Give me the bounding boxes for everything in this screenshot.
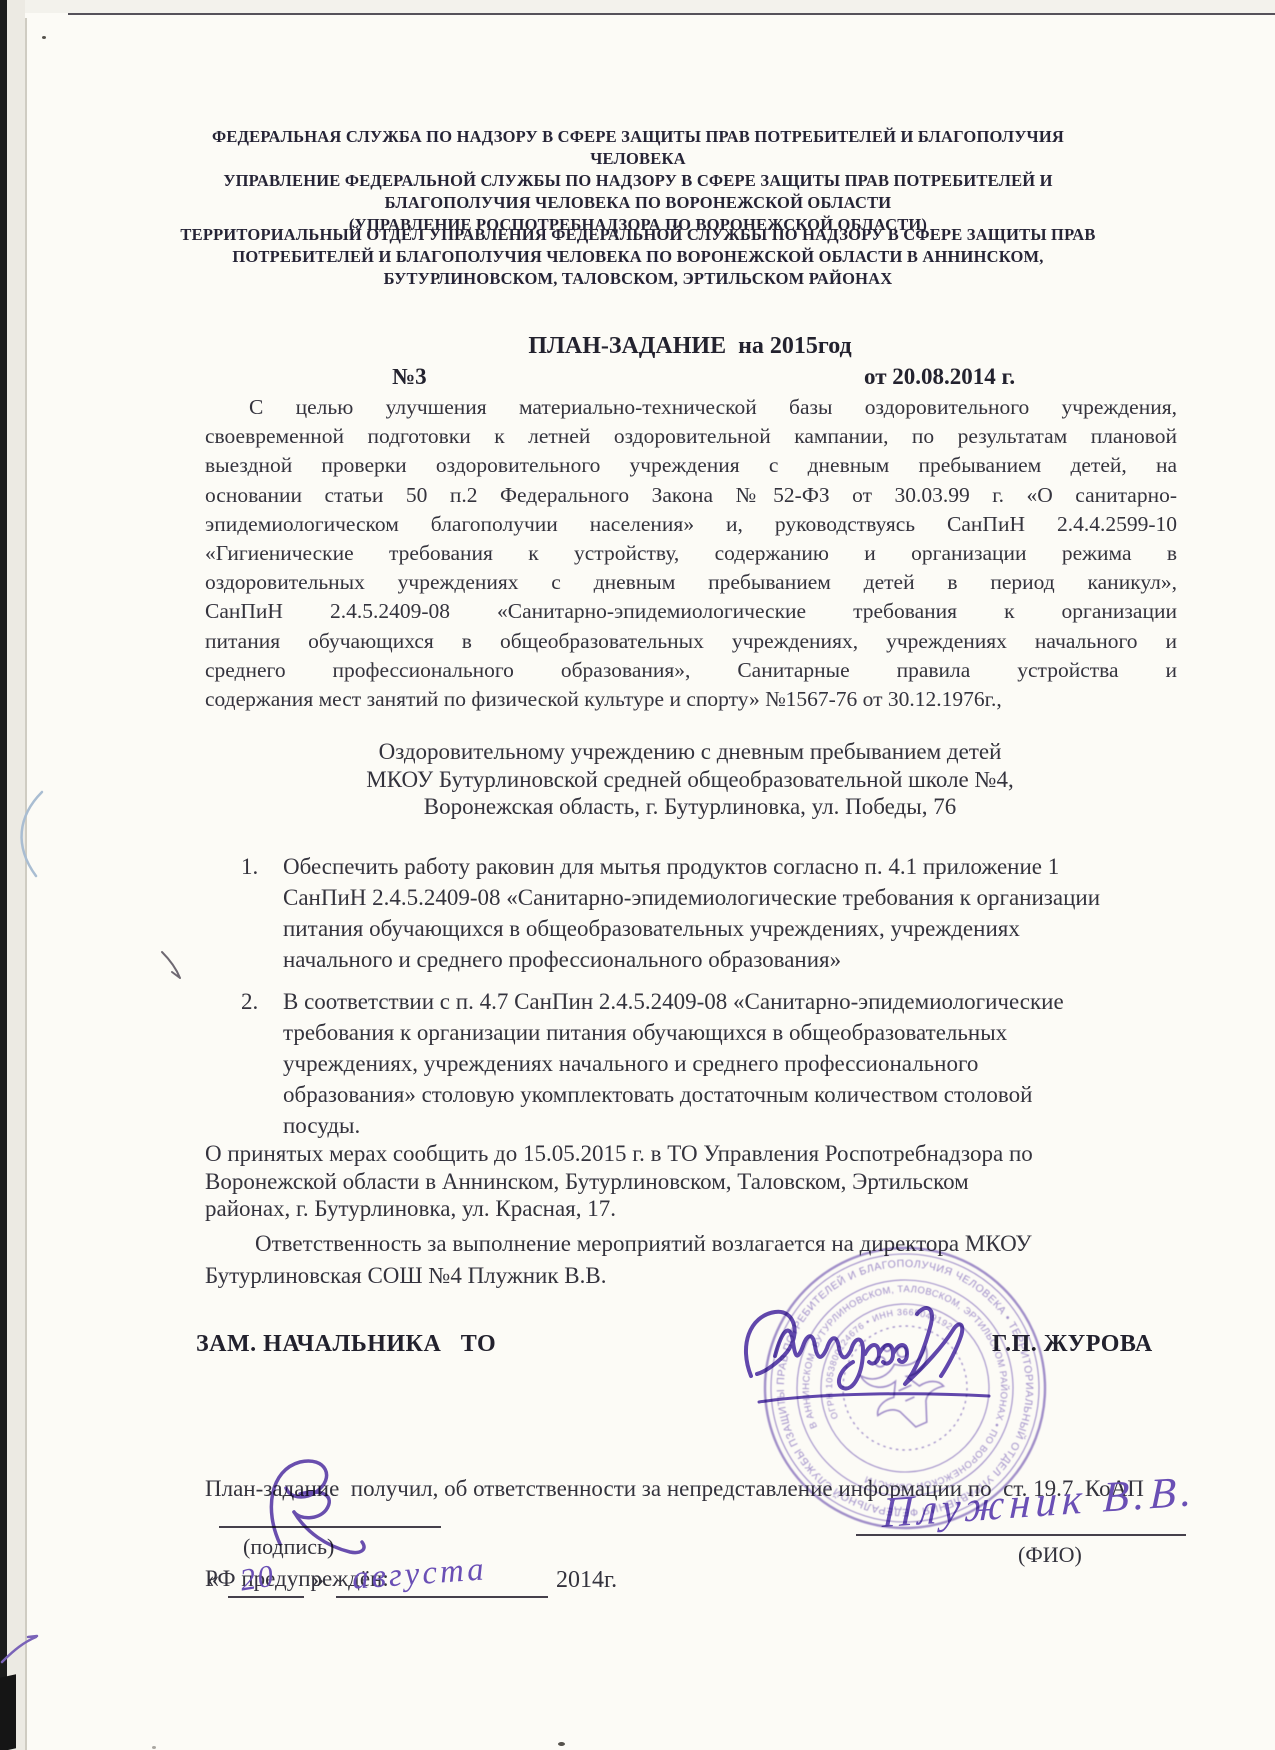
close-quote: » (312, 1567, 324, 1594)
open-quote: « (207, 1567, 219, 1594)
item-text: Обеспечить работу раковин для мытья прод… (283, 851, 1191, 975)
scan-speck (152, 1746, 156, 1749)
scan-band-left (7, 0, 25, 1750)
document-page: ФЕДЕРАЛЬНАЯ СЛУЖБА ПО НАДЗОРУ В СФЕРЕ ЗА… (0, 0, 1275, 1750)
scanned-document: { "ink": { "text": "#34333d", "bold": "#… (0, 0, 1275, 1750)
report-paragraph: О принятых мерах сообщить до 15.05.2015 … (205, 1140, 1195, 1223)
item-number: 2. (241, 986, 258, 1017)
document-title: ПЛАН-ЗАДАНИЕ на 2015год (105, 333, 1275, 360)
paragraph-line: РФ предупреждён: (205, 1564, 1144, 1594)
scan-band-top (25, 0, 1275, 13)
paragraph-line: С целью улучшения материально-техническо… (205, 393, 1177, 422)
territorial-header: ТЕРРИТОРИАЛЬНЫЙ ОТДЕЛ УПРАВЛЕНИЯ ФЕДЕРАЛ… (168, 224, 1108, 290)
year-text: 2014г. (556, 1567, 617, 1594)
pen-paren-mark (8, 788, 52, 880)
addressee-block: Оздоровительному учреждению с дневным пр… (180, 738, 1200, 821)
list-item-2: 2. В соответствии с п. 4.7 СанПин 2.4.5.… (241, 986, 1191, 1141)
header-line: ТЕРРИТОРИАЛЬНЫЙ ОТДЕЛ УПРАВЛЕНИЯ ФЕДЕРАЛ… (168, 224, 1108, 246)
intro-paragraph: С целью улучшения материально-техническо… (205, 393, 1177, 714)
signatory-position: ЗАМ. НАЧАЛЬНИКА ТО (196, 1331, 496, 1358)
item-line: образования» столовую укомплектовать дос… (283, 1079, 1191, 1110)
pen-seven-mark (0, 1630, 40, 1670)
item-line: начального и среднего профессионального … (283, 944, 1191, 975)
paragraph-line: СанПиН 2.4.5.2409-08 «Санитарно-эпидемио… (205, 597, 1177, 626)
paragraph-line: среднего профессионального образования»,… (205, 656, 1177, 685)
scan-line-top (68, 13, 1275, 15)
item-line: учреждениях, учреждениях начального и ср… (283, 1048, 1191, 1079)
paragraph-line: оздоровительных учреждениях с дневным пр… (205, 568, 1177, 597)
item-line: посуды. (283, 1110, 1191, 1141)
header-line: БЛАГОПОЛУЧИЯ ЧЕЛОВЕКА ПО ВОРОНЕЖСКОЙ ОБЛ… (168, 192, 1108, 214)
fio-label: (ФИО) (1018, 1542, 1082, 1568)
item-text: В соответствии с п. 4.7 СанПин 2.4.5.240… (283, 986, 1191, 1141)
scan-corner-wedge (0, 1674, 16, 1750)
zhurova-signature (735, 1296, 1005, 1426)
paragraph-line: содержания мест занятий по физической ку… (205, 685, 1177, 714)
scan-line-left (25, 18, 27, 1750)
item-number: 1. (241, 851, 258, 882)
paragraph-line: районах, г. Бутурлиновка, ул. Красная, 1… (205, 1195, 1195, 1223)
scan-speck (558, 1742, 565, 1746)
paragraph-line: эпидемиологическом благополучии населени… (205, 510, 1177, 539)
item-line: В соответствии с п. 4.7 СанПин 2.4.5.240… (283, 986, 1191, 1017)
header-line: УПРАВЛЕНИЕ ФЕДЕРАЛЬНОЙ СЛУЖБЫ ПО НАДЗОРУ… (168, 170, 1108, 192)
agency-header: ФЕДЕРАЛЬНАЯ СЛУЖБА ПО НАДЗОРУ В СФЕРЕ ЗА… (168, 126, 1108, 236)
recipient-signature (242, 1452, 412, 1562)
day-line (228, 1596, 304, 1598)
item-line: СанПиН 2.4.5.2409-08 «Санитарно-эпидемио… (283, 882, 1191, 913)
addressee-line: Воронежская область, г. Бутурлиновка, ул… (180, 793, 1200, 821)
paragraph-line: «Гигиенические требования к устройству, … (205, 539, 1177, 568)
document-date: от 20.08.2014 г. (864, 364, 1015, 390)
item-line: требования к организации питания обучающ… (283, 1017, 1191, 1048)
header-line: ФЕДЕРАЛЬНАЯ СЛУЖБА ПО НАДЗОРУ В СФЕРЕ ЗА… (168, 126, 1108, 170)
addressee-line: Оздоровительному учреждению с дневным пр… (180, 738, 1200, 766)
paragraph-line: своевременной подготовки к летней оздоро… (205, 422, 1177, 451)
paragraph-line: выездной проверки оздоровительного учреж… (205, 451, 1177, 480)
paragraph-line: Воронежской области в Аннинском, Бутурли… (205, 1168, 1195, 1196)
handwritten-day: 20 (237, 1557, 277, 1598)
list-item-1: 1. Обеспечить работу раковин для мытья п… (241, 851, 1191, 975)
item-line: питания обучающихся в общеобразовательны… (283, 913, 1191, 944)
item-line: Обеспечить работу раковин для мытья прод… (283, 851, 1191, 882)
paragraph-line: О принятых мерах сообщить до 15.05.2015 … (205, 1140, 1195, 1168)
scan-edge-left (0, 0, 7, 1750)
header-line: ПОТРЕБИТЕЛЕЙ И БЛАГОПОЛУЧИЯ ЧЕЛОВЕКА ПО … (168, 246, 1108, 268)
header-line: БУТУРЛИНОВСКОМ, ТАЛОВСКОМ, ЭРТИЛЬСКОМ РА… (168, 268, 1108, 290)
scan-speck (42, 36, 46, 39)
document-number: №3 (392, 364, 427, 390)
addressee-line: МКОУ Бутурлиновской средней общеобразова… (180, 766, 1200, 794)
paragraph-line: питания обучающихся в общеобразовательны… (205, 627, 1177, 656)
pen-tick-mark (156, 946, 190, 982)
paragraph-line: основании статьи 50 п.2 Федерального Зак… (205, 481, 1177, 510)
